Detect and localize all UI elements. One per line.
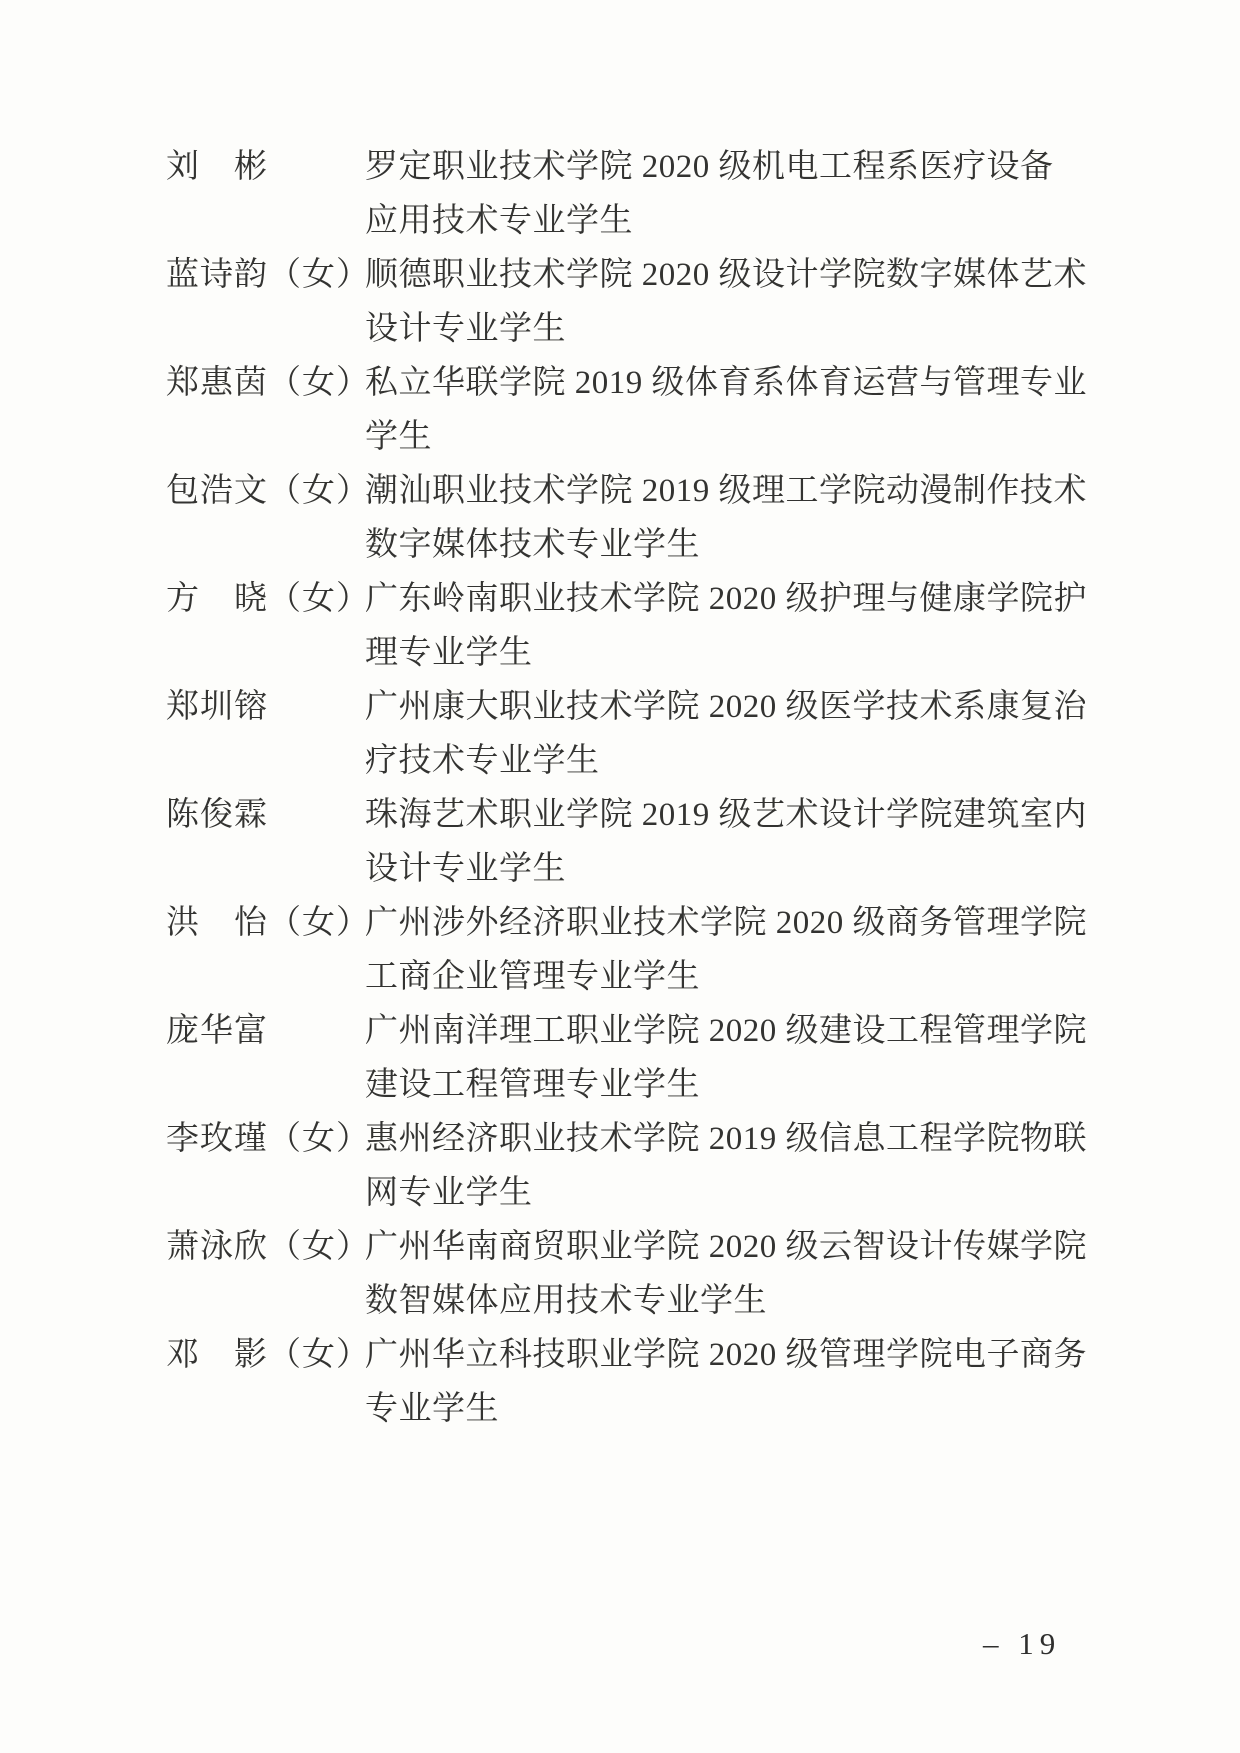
list-item: 刘 彬 罗定职业技术学院 2020 级机电工程系医疗设备应用技术专业学生 — [166, 140, 1076, 248]
school-major-line2: 疗技术专业学生 — [365, 743, 600, 779]
school-major-line1: 广州康大职业技术学院 2020 级医学技术系康复治 — [365, 689, 1087, 725]
school-major-line1: 广东岭南职业技术学院 2020 级护理与健康学院护 — [365, 581, 1087, 617]
student-description: 广东岭南职业技术学院 2020 级护理与健康学院护理专业学生 — [365, 572, 1087, 680]
student-description: 罗定职业技术学院 2020 级机电工程系医疗设备应用技术专业学生 — [365, 140, 1054, 248]
student-name: 萧泳欣（女） — [166, 1220, 365, 1274]
school-major-line1: 惠州经济职业技术学院 2019 级信息工程学院物联 — [365, 1121, 1087, 1157]
list-item: 陈俊霖 珠海艺术职业学院 2019 级艺术设计学院建筑室内设计专业学生 — [166, 788, 1076, 896]
school-major-line1: 潮汕职业技术学院 2019 级理工学院动漫制作技术 — [365, 473, 1087, 509]
student-description: 潮汕职业技术学院 2019 级理工学院动漫制作技术数字媒体技术专业学生 — [365, 464, 1087, 572]
student-list: 刘 彬 罗定职业技术学院 2020 级机电工程系医疗设备应用技术专业学生 蓝诗韵… — [166, 140, 1076, 1436]
school-major-line2: 网专业学生 — [365, 1175, 533, 1211]
school-major-line2: 设计专业学生 — [365, 311, 566, 347]
student-name: 郑圳镕 — [166, 680, 365, 734]
school-major-line2: 应用技术专业学生 — [365, 203, 633, 239]
student-description: 广州康大职业技术学院 2020 级医学技术系康复治疗技术专业学生 — [365, 680, 1087, 788]
student-name: 包浩文（女） — [166, 464, 365, 518]
school-major-line2: 数字媒体技术专业学生 — [365, 527, 700, 563]
student-name: 方 晓（女） — [166, 572, 365, 626]
school-major-line2: 设计专业学生 — [365, 851, 566, 887]
list-item: 庞华富 广州南洋理工职业学院 2020 级建设工程管理学院建设工程管理专业学生 — [166, 1004, 1076, 1112]
list-item: 蓝诗韵（女） 顺德职业技术学院 2020 级设计学院数字媒体艺术设计专业学生 — [166, 248, 1076, 356]
school-major-line2: 理专业学生 — [365, 635, 533, 671]
list-item: 郑圳镕 广州康大职业技术学院 2020 级医学技术系康复治疗技术专业学生 — [166, 680, 1076, 788]
list-item: 方 晓（女） 广东岭南职业技术学院 2020 级护理与健康学院护理专业学生 — [166, 572, 1076, 680]
school-major-line1: 广州涉外经济职业技术学院 2020 级商务管理学院 — [365, 905, 1087, 941]
school-major-line1: 广州华南商贸职业学院 2020 级云智设计传媒学院 — [365, 1229, 1087, 1265]
school-major-line2: 建设工程管理专业学生 — [365, 1067, 700, 1103]
student-name: 郑惠茵（女） — [166, 356, 365, 410]
student-name: 蓝诗韵（女） — [166, 248, 365, 302]
list-item: 李玫瑾（女） 惠州经济职业技术学院 2019 级信息工程学院物联网专业学生 — [166, 1112, 1076, 1220]
student-name: 李玫瑾（女） — [166, 1112, 365, 1166]
list-item: 洪 怡（女） 广州涉外经济职业技术学院 2020 级商务管理学院工商企业管理专业… — [166, 896, 1076, 1004]
student-description: 私立华联学院 2019 级体育系体育运营与管理专业学生 — [365, 356, 1087, 464]
student-description: 广州华立科技职业学院 2020 级管理学院电子商务专业学生 — [365, 1328, 1087, 1436]
student-description: 顺德职业技术学院 2020 级设计学院数字媒体艺术设计专业学生 — [365, 248, 1087, 356]
school-major-line1: 顺德职业技术学院 2020 级设计学院数字媒体艺术 — [365, 257, 1087, 293]
list-item: 邓 影（女） 广州华立科技职业学院 2020 级管理学院电子商务专业学生 — [166, 1328, 1076, 1436]
school-major-line1: 广州南洋理工职业学院 2020 级建设工程管理学院 — [365, 1013, 1087, 1049]
student-description: 惠州经济职业技术学院 2019 级信息工程学院物联网专业学生 — [365, 1112, 1087, 1220]
student-name: 刘 彬 — [166, 140, 365, 194]
page-number: – 19 — [983, 1626, 1061, 1662]
document-page: 刘 彬 罗定职业技术学院 2020 级机电工程系医疗设备应用技术专业学生 蓝诗韵… — [0, 0, 1240, 1753]
student-name: 陈俊霖 — [166, 788, 365, 842]
school-major-line2: 专业学生 — [365, 1391, 499, 1427]
student-description: 广州南洋理工职业学院 2020 级建设工程管理学院建设工程管理专业学生 — [365, 1004, 1087, 1112]
school-major-line2: 学生 — [365, 419, 432, 455]
school-major-line2: 工商企业管理专业学生 — [365, 959, 700, 995]
student-name: 洪 怡（女） — [166, 896, 365, 950]
student-description: 广州华南商贸职业学院 2020 级云智设计传媒学院数智媒体应用技术专业学生 — [365, 1220, 1087, 1328]
list-item: 郑惠茵（女） 私立华联学院 2019 级体育系体育运营与管理专业学生 — [166, 356, 1076, 464]
list-item: 萧泳欣（女） 广州华南商贸职业学院 2020 级云智设计传媒学院数智媒体应用技术… — [166, 1220, 1076, 1328]
school-major-line2: 数智媒体应用技术专业学生 — [365, 1283, 767, 1319]
school-major-line1: 罗定职业技术学院 2020 级机电工程系医疗设备 — [365, 149, 1054, 185]
school-major-line1: 珠海艺术职业学院 2019 级艺术设计学院建筑室内 — [365, 797, 1087, 833]
school-major-line1: 私立华联学院 2019 级体育系体育运营与管理专业 — [365, 365, 1087, 401]
list-item: 包浩文（女） 潮汕职业技术学院 2019 级理工学院动漫制作技术数字媒体技术专业… — [166, 464, 1076, 572]
student-name: 庞华富 — [166, 1004, 365, 1058]
student-name: 邓 影（女） — [166, 1328, 365, 1382]
student-description: 珠海艺术职业学院 2019 级艺术设计学院建筑室内设计专业学生 — [365, 788, 1087, 896]
student-description: 广州涉外经济职业技术学院 2020 级商务管理学院工商企业管理专业学生 — [365, 896, 1087, 1004]
school-major-line1: 广州华立科技职业学院 2020 级管理学院电子商务 — [365, 1337, 1087, 1373]
